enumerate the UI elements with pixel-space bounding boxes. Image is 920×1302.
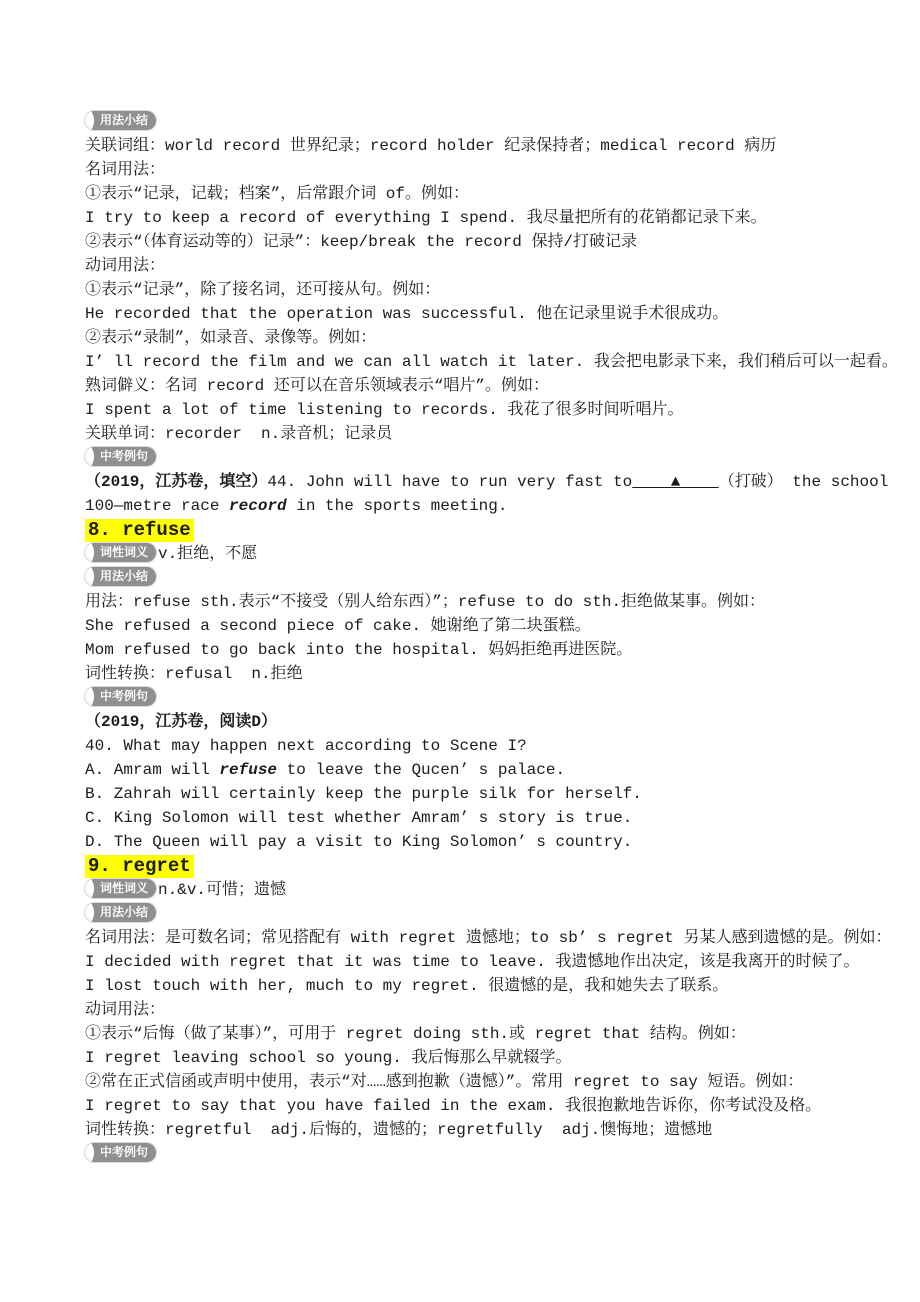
badge-text-line: 词性词义n.&v.可惜；遗憾: [85, 878, 875, 902]
exam-example-badge: 中考例句: [85, 447, 156, 466]
badge-label: 中考例句: [100, 689, 148, 703]
text-line: 熟词僻义：名词 record 还可以在音乐领域表示“唱片”。例如：: [85, 374, 875, 398]
badge-line: 中考例句: [85, 686, 875, 710]
badge-swoosh-icon: [85, 447, 94, 466]
text-segment: 动词用法：: [85, 1001, 165, 1019]
badge-label: 词性词义: [100, 545, 148, 559]
text-segment: B. Zahrah will certainly keep the purple…: [85, 785, 642, 803]
badge-line: 中考例句: [85, 1142, 875, 1166]
text-segment: C. King Solomon will test whether Amram’…: [85, 809, 632, 827]
badge-label: 中考例句: [100, 1145, 148, 1159]
badge-swoosh-icon: [85, 111, 94, 130]
usage-summary-badge: 用法小结: [85, 903, 156, 922]
text-segment: D. The Queen will pay a visit to King So…: [85, 833, 632, 851]
text-segment: v.拒绝，不愿: [158, 545, 257, 563]
badge-line: 用法小结: [85, 566, 875, 590]
text-segment: ②表示“录制”，如录音、录像等。例如：: [85, 329, 376, 347]
text-line: 关联词组：world record 世界纪录；record holder 纪录保…: [85, 134, 875, 158]
badge-line: 用法小结: [85, 110, 875, 134]
badge-swoosh-icon: [85, 687, 94, 706]
text-line: She refused a second piece of cake. 她谢绝了…: [85, 614, 875, 638]
text-segment: 名词用法：是可数名词；常见搭配有 with regret 遗憾地；to sb’ …: [85, 929, 891, 947]
badge-line: 中考例句: [85, 446, 875, 470]
exam-example-badge: 中考例句: [85, 687, 156, 706]
text-line: ②表示“录制”，如录音、录像等。例如：: [85, 326, 875, 350]
text-segment: 动词用法：: [85, 257, 165, 275]
badge-label: 中考例句: [100, 449, 148, 463]
text-line: 名词用法：: [85, 158, 875, 182]
text-segment: ①表示“记录”，除了接名词，还可接从句。例如：: [85, 281, 440, 299]
text-line: ②表示“（体育运动等的）记录”：keep/break the record 保持…: [85, 230, 875, 254]
text-segment: Mom refused to go back into the hospital…: [85, 641, 632, 659]
text-line: ①表示“记录”，除了接名词，还可接从句。例如：: [85, 278, 875, 302]
text-line: 动词用法：: [85, 998, 875, 1022]
text-segment: I spent a lot of time listening to recor…: [85, 401, 683, 419]
text-line: I regret to say that you have failed in …: [85, 1094, 875, 1118]
text-line: ②常在正式信函或声明中使用，表示“对……感到抱歉（遗憾）”。常用 regret …: [85, 1070, 875, 1094]
text-segment: He recorded that the operation was succe…: [85, 305, 728, 323]
text-line: 词性转换：regretful adj.后悔的，遗憾的；regretfully a…: [85, 1118, 875, 1142]
text-line: 用法：refuse sth.表示“不接受（别人给东西）”；refuse to d…: [85, 590, 875, 614]
text-segment: 词性转换：refusal n.拒绝: [85, 665, 303, 683]
pos-meaning-badge: 词性词义: [85, 879, 156, 898]
text-line: I lost touch with her, much to my regret…: [85, 974, 875, 998]
text-segment: I decided with regret that it was time t…: [85, 953, 859, 971]
text-segment: I’ ll record the film and we can all wat…: [85, 353, 898, 371]
badge-swoosh-icon: [85, 543, 94, 562]
badge-label: 用法小结: [100, 569, 148, 583]
exam-example-badge: 中考例句: [85, 1143, 156, 1162]
badge-label: 词性词义: [100, 881, 148, 895]
text-line: I spent a lot of time listening to recor…: [85, 398, 875, 422]
text-line: I try to keep a record of everything I s…: [85, 206, 875, 230]
text-line: 名词用法：是可数名词；常见搭配有 with regret 遗憾地；to sb’ …: [85, 926, 875, 950]
badge-swoosh-icon: [85, 903, 94, 922]
document-body: 用法小结关联词组：world record 世界纪录；record holder…: [85, 110, 875, 1166]
text-segment: 关联单词：recorder n.录音机；记录员: [85, 425, 392, 443]
badge-label: 用法小结: [100, 905, 148, 919]
text-line: ①表示“记录，记载；档案”，后常跟介词 of。例如：: [85, 182, 875, 206]
usage-summary-badge: 用法小结: [85, 567, 156, 586]
text-segment: She refused a second piece of cake. 她谢绝了…: [85, 617, 591, 635]
text-segment: 100—metre race: [85, 497, 229, 515]
text-line: 100—metre race record in the sports meet…: [85, 494, 875, 518]
text-segment: 名词用法：: [85, 161, 165, 179]
badge-swoosh-icon: [85, 1143, 94, 1162]
text-line: 词性转换：refusal n.拒绝: [85, 662, 875, 686]
text-segment: 熟词僻义：名词 record 还可以在音乐领域表示“唱片”。例如：: [85, 377, 549, 395]
text-segment: 词性转换：regretful adj.后悔的，遗憾的；regretfully a…: [85, 1121, 712, 1139]
text-segment: refuse: [219, 761, 277, 779]
text-segment: ②常在正式信函或声明中使用，表示“对……感到抱歉（遗憾）”。常用 regret …: [85, 1073, 803, 1091]
text-line: I decided with regret that it was time t…: [85, 950, 875, 974]
text-line: 关联单词：recorder n.录音机；记录员: [85, 422, 875, 446]
text-segment: ①表示“记录，记载；档案”，后常跟介词 of。例如：: [85, 185, 469, 203]
text-segment: 40. What may happen next according to Sc…: [85, 737, 527, 755]
text-segment: A. Amram will: [85, 761, 219, 779]
text-segment: I try to keep a record of everything I s…: [85, 209, 767, 227]
text-segment: 关联词组：world record 世界纪录；record holder 纪录保…: [85, 137, 776, 155]
highlighted-heading-text: 9. regret: [85, 855, 194, 878]
text-segment: n.&v.可惜；遗憾: [158, 881, 286, 899]
badge-line: 用法小结: [85, 902, 875, 926]
pos-meaning-badge: 词性词义: [85, 543, 156, 562]
text-segment: in the sports meeting.: [287, 497, 508, 515]
text-line: 40. What may happen next according to Sc…: [85, 734, 875, 758]
text-segment: （打破） the school: [719, 473, 889, 491]
text-segment: I lost touch with her, much to my regret…: [85, 977, 728, 995]
text-line: D. The Queen will pay a visit to King So…: [85, 830, 875, 854]
text-line: C. King Solomon will test whether Amram’…: [85, 806, 875, 830]
text-line: A. Amram will refuse to leave the Qucen’…: [85, 758, 875, 782]
text-segment: to leave the Qucen’ s palace.: [277, 761, 565, 779]
text-segment: （2019，江苏卷，填空）: [85, 473, 267, 491]
badge-text-line: 词性词义v.拒绝，不愿: [85, 542, 875, 566]
text-line: ①表示“后悔（做了某事）”，可用于 regret doing sth.或 reg…: [85, 1022, 875, 1046]
text-segment: I regret to say that you have failed in …: [85, 1097, 821, 1115]
text-line: He recorded that the operation was succe…: [85, 302, 875, 326]
word-heading-regret: 9. regret: [85, 854, 875, 878]
text-segment: record: [229, 497, 287, 515]
text-segment: ①表示“后悔（做了某事）”，可用于 regret doing sth.或 reg…: [85, 1025, 746, 1043]
text-segment: ②表示“（体育运动等的）记录”：keep/break the record 保持…: [85, 233, 637, 251]
word-heading-refuse: 8. refuse: [85, 518, 875, 542]
badge-label: 用法小结: [100, 113, 148, 127]
text-line: I regret leaving school so young. 我后悔那么早…: [85, 1046, 875, 1070]
badge-swoosh-icon: [85, 879, 94, 898]
text-segment: 用法：refuse sth.表示“不接受（别人给东西）”；refuse to d…: [85, 593, 765, 611]
text-line: Mom refused to go back into the hospital…: [85, 638, 875, 662]
text-segment: （2019，江苏卷，阅读D）: [85, 713, 277, 731]
text-segment: 44. John will have to run very fast to: [267, 473, 632, 491]
text-line: I’ ll record the film and we can all wat…: [85, 350, 875, 374]
text-line: （2019，江苏卷，阅读D）: [85, 710, 875, 734]
highlighted-heading-text: 8. refuse: [85, 519, 194, 542]
badge-swoosh-icon: [85, 567, 94, 586]
text-segment: I regret leaving school so young. 我后悔那么早…: [85, 1049, 571, 1067]
text-line: B. Zahrah will certainly keep the purple…: [85, 782, 875, 806]
usage-summary-badge: 用法小结: [85, 111, 156, 130]
answer-blank: ▲: [632, 473, 718, 491]
document-page: { "theme": { "background": "#ffffff", "t…: [0, 0, 920, 1302]
text-line: 动词用法：: [85, 254, 875, 278]
text-line: （2019，江苏卷，填空）44. John will have to run v…: [85, 470, 875, 494]
